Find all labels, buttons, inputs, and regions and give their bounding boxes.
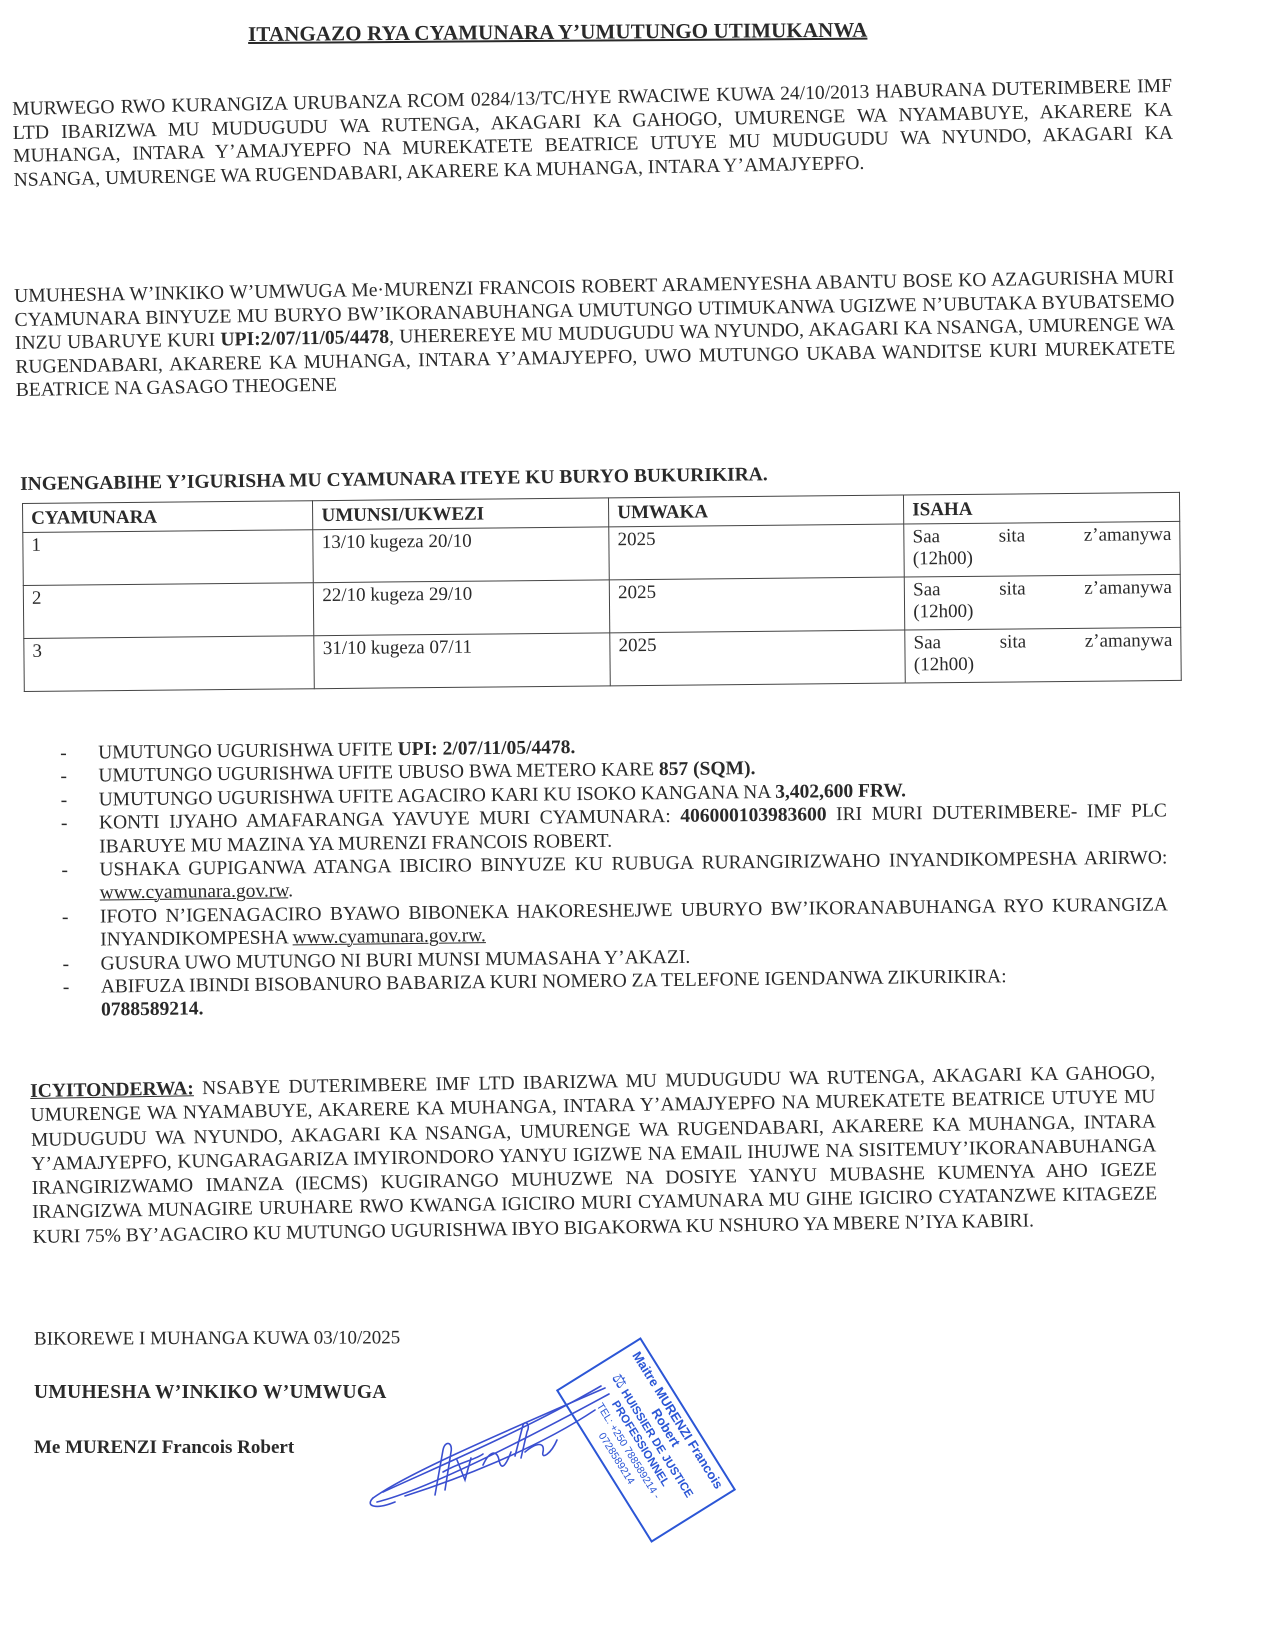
time-word: z’amanywa xyxy=(1084,577,1172,600)
bullet-dash: - xyxy=(63,976,70,999)
time-word: Saa xyxy=(912,526,940,548)
auction-time: Saasitaz’amanywa (12h00) xyxy=(904,521,1180,577)
time-word: Saa xyxy=(913,579,941,601)
bank-account-number: 406000103983600 xyxy=(680,804,826,827)
bullet-dash: - xyxy=(60,742,67,765)
property-area: 857 (SQM). xyxy=(659,758,756,780)
auction-number: 3 xyxy=(24,636,315,692)
auction-year: 2025 xyxy=(609,524,905,580)
place-and-date: BIKOREWE I MUHANGA KUWA 03/10/2025 xyxy=(34,1327,400,1350)
auction-year: 2025 xyxy=(609,577,905,633)
auction-time: Saasitaz’amanywa (12h00) xyxy=(905,627,1181,683)
auction-notice-page: ITANGAZO RYA CYAMUNARA Y’UMUTUNGO UTIMUK… xyxy=(0,0,1275,1650)
time-word: sita xyxy=(999,578,1026,600)
notice-label: ICYITONDERWA: xyxy=(30,1078,194,1102)
auction-dates: 31/10 kugeza 07/11 xyxy=(314,633,610,689)
bullet-dash: - xyxy=(61,812,68,835)
notice-text: NSABYE DUTERIMBERE IMF LTD IBARIZWA MU M… xyxy=(30,1062,1157,1247)
auction-website-link[interactable]: www.cyamunara.gov.rw. xyxy=(292,925,486,948)
auction-number: 2 xyxy=(23,583,314,639)
header-dates: UMUNSI/UKWEZI xyxy=(313,498,609,530)
upi-reference: UPI:2/07/11/05/4478 xyxy=(220,327,389,351)
announcement-paragraph: UMUHESHA W’INKIKO W’UMWUGA Me·MURENZI FR… xyxy=(14,266,1176,403)
bullet-dash: - xyxy=(60,765,67,788)
header-auction: CYAMUNARA xyxy=(23,501,314,533)
auction-website-link[interactable]: www.cyamunara.gov.rw xyxy=(100,881,289,904)
auction-year: 2025 xyxy=(610,630,906,686)
property-details-list: -UMUTUNGO UGURISHWA UFITE UPI: 2/07/11/0… xyxy=(56,729,1169,1022)
property-value: 3,402,600 FRW. xyxy=(775,780,906,802)
header-year: UMWAKA xyxy=(609,495,904,527)
schedule-heading: INGENGABIHE Y’IGURISHA MU CYAMUNARA ITEY… xyxy=(20,464,768,496)
time-word: Saa xyxy=(914,632,942,654)
bullet-dash: - xyxy=(62,906,69,929)
bullet-dash: - xyxy=(61,859,68,882)
bullet-dash: - xyxy=(61,789,68,812)
document-title: ITANGAZO RYA CYAMUNARA Y’UMUTUNGO UTIMUK… xyxy=(248,17,948,47)
item-text: UMUTUNGO UGURISHWA UFITE xyxy=(98,739,398,763)
case-reference-paragraph: MURWEGO RWO KURANGIZA URUBANZA RCOM 0284… xyxy=(12,75,1174,192)
time-word: sita xyxy=(1000,631,1027,653)
notice-paragraph: ICYITONDERWA: NSABYE DUTERIMBERE IMF LTD… xyxy=(30,1061,1158,1250)
time-word: z’amanywa xyxy=(1084,524,1172,547)
item-text: . xyxy=(288,881,293,902)
auction-time: Saasitaz’amanywa (12h00) xyxy=(904,574,1180,630)
table-row: 3 31/10 kugeza 07/11 2025 Saasitaz’amany… xyxy=(24,627,1181,691)
property-upi: UPI: 2/07/11/05/4478. xyxy=(398,737,576,760)
bullet-dash: - xyxy=(62,953,69,976)
time-word: sita xyxy=(999,525,1026,547)
auction-schedule-table: CYAMUNARA UMUNSI/UKWEZI UMWAKA ISAHA 1 1… xyxy=(22,492,1182,692)
signatory-title: UMUHESHA W’INKIKO W’UMWUGA xyxy=(34,1382,387,1404)
signatory-name: Me MURENZI Francois Robert xyxy=(34,1437,294,1459)
time-clock: (12h00) xyxy=(913,546,1172,570)
header-time: ISAHA xyxy=(904,492,1180,524)
time-clock: (12h00) xyxy=(913,599,1172,623)
auction-number: 1 xyxy=(23,530,314,586)
auction-dates: 13/10 kugeza 20/10 xyxy=(313,527,609,583)
time-word: z’amanywa xyxy=(1085,630,1173,653)
auction-dates: 22/10 kugeza 29/10 xyxy=(314,580,610,636)
contact-phone: 0788589214. xyxy=(101,999,204,1021)
time-clock: (12h00) xyxy=(914,652,1173,676)
